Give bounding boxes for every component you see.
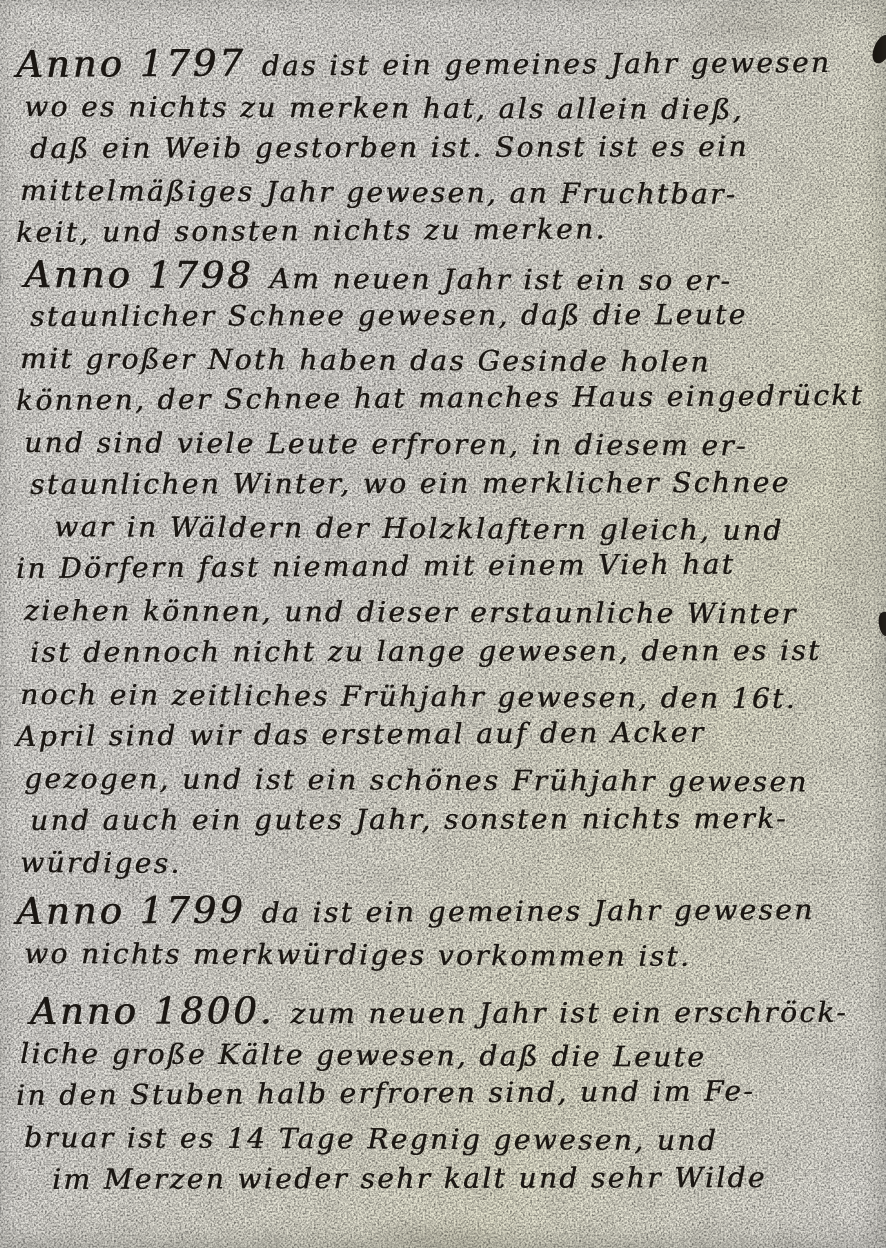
handwriting-line: keit, und sonsten nichts zu merken. (16, 207, 886, 254)
handwriting-line: bruar ist es 14 Tage Regnig gewesen, und (24, 1117, 886, 1163)
anno-1797-label: Anno 1797 (16, 42, 246, 86)
line-text: in Dörfern fast niemand mit einem Vieh h… (16, 548, 735, 585)
handwriting-line: können, der Schnee hat manches Haus eing… (16, 375, 886, 422)
line-text: staunlicher Schnee gewesen, daß die Leut… (30, 298, 748, 333)
line-text: mittelmäßiges Jahr gewesen, an Fruchtbar… (20, 174, 738, 211)
line-text: war in Wäldern der Holzklaftern gleich, … (54, 510, 784, 547)
handwriting-line: im Merzen wieder sehr kalt und sehr Wild… (30, 1157, 886, 1201)
handwriting-line: wo nichts merkwürdiges vorkommen ist. (24, 933, 886, 979)
line-text: ist dennoch nicht zu lange gewesen, denn… (30, 634, 822, 669)
handwriting-line: in den Stuben halb erfroren sind, und im… (16, 1070, 886, 1117)
line-text: keit, und sonsten nichts zu merken. (16, 212, 607, 249)
line-text: gezogen, und ist ein schönes Frühjahr ge… (24, 762, 809, 798)
handwriting-line: ziehen können, und dieser erstaunliche W… (24, 590, 886, 636)
line-text: zum neuen Jahr ist ein erschröck- (290, 996, 848, 1030)
line-text: mit großer Noth haben das Gesinde holen (20, 342, 711, 379)
scan-smudge (360, 1215, 520, 1248)
handwriting-line: gezogen, und ist ein schönes Frühjahr ge… (24, 758, 886, 804)
handwriting-line: daß ein Weib gestorben ist. Sonst ist es… (30, 126, 886, 170)
line-text: noch ein zeitliches Frühjahr gewesen, de… (20, 678, 797, 715)
line-text: Am neuen Jahr ist ein so er- (270, 262, 733, 297)
line-text: wo nichts merkwürdiges vorkommen ist. (24, 937, 691, 973)
line-text: und auch ein gutes Jahr, sonsten nichts … (30, 802, 788, 837)
handwritten-text-block: Anno 1797das ist ein gemeines Jahr gewes… (0, 0, 886, 1201)
anno-1798-label: Anno 1798 (24, 253, 254, 297)
entry-line-anno-1800: Anno 1800.zum neuen Jahr ist ein erschrö… (30, 989, 886, 1033)
anno-1799-label: Anno 1799 (16, 889, 246, 933)
line-text: daß ein Weib gestorben ist. Sonst ist es… (30, 130, 749, 165)
handwriting-line: würdiges. (20, 842, 886, 889)
handwriting-line: staunlicher Schnee gewesen, daß die Leut… (30, 294, 886, 338)
manuscript-page: Anno 1797das ist ein gemeines Jahr gewes… (0, 0, 886, 1248)
anno-1800-label: Anno 1800. (30, 989, 274, 1033)
line-text: bruar ist es 14 Tage Regnig gewesen, und (24, 1121, 718, 1157)
handwriting-line: ist dennoch nicht zu lange gewesen, denn… (30, 630, 886, 674)
entry-line-anno-1798: Anno 1798Am neuen Jahr ist ein so er- (24, 254, 886, 300)
line-text: können, der Schnee hat manches Haus eing… (16, 379, 864, 417)
handwriting-line: und sind viele Leute erfroren, in diesem… (24, 422, 886, 468)
line-text: das ist ein gemeines Jahr gewesen (262, 46, 832, 82)
line-text: wo es nichts zu merken hat, als allein d… (24, 90, 744, 126)
line-text: liche große Kälte gewesen, daß die Leute (20, 1037, 706, 1074)
line-text: und sind viele Leute erfroren, in diesem… (24, 426, 748, 462)
entry-line-anno-1797: Anno 1797das ist ein gemeines Jahr gewes… (16, 39, 886, 86)
line-text: ziehen können, und dieser erstaunliche W… (24, 594, 798, 630)
handwriting-line: wo es nichts zu merken hat, als allein d… (24, 86, 886, 132)
handwriting-line: und auch ein gutes Jahr, sonsten nichts … (30, 798, 886, 842)
line-text: da ist ein gemeines Jahr gewesen (262, 893, 815, 929)
line-text: würdiges. (20, 846, 182, 880)
handwriting-line: in Dörfern fast niemand mit einem Vieh h… (16, 543, 886, 590)
handwriting-line: April sind wir das erstemal auf den Acke… (16, 711, 886, 758)
entry-line-anno-1799: Anno 1799da ist ein gemeines Jahr gewese… (16, 886, 886, 933)
line-text: im Merzen wieder sehr kalt und sehr Wild… (52, 1161, 767, 1196)
line-text: April sind wir das erstemal auf den Acke… (16, 716, 706, 753)
line-text: in den Stuben halb erfroren sind, und im… (16, 1074, 755, 1112)
line-text: staunlichen Winter, wo ein merklicher Sc… (30, 466, 791, 501)
handwriting-line: staunlichen Winter, wo ein merklicher Sc… (30, 462, 886, 506)
